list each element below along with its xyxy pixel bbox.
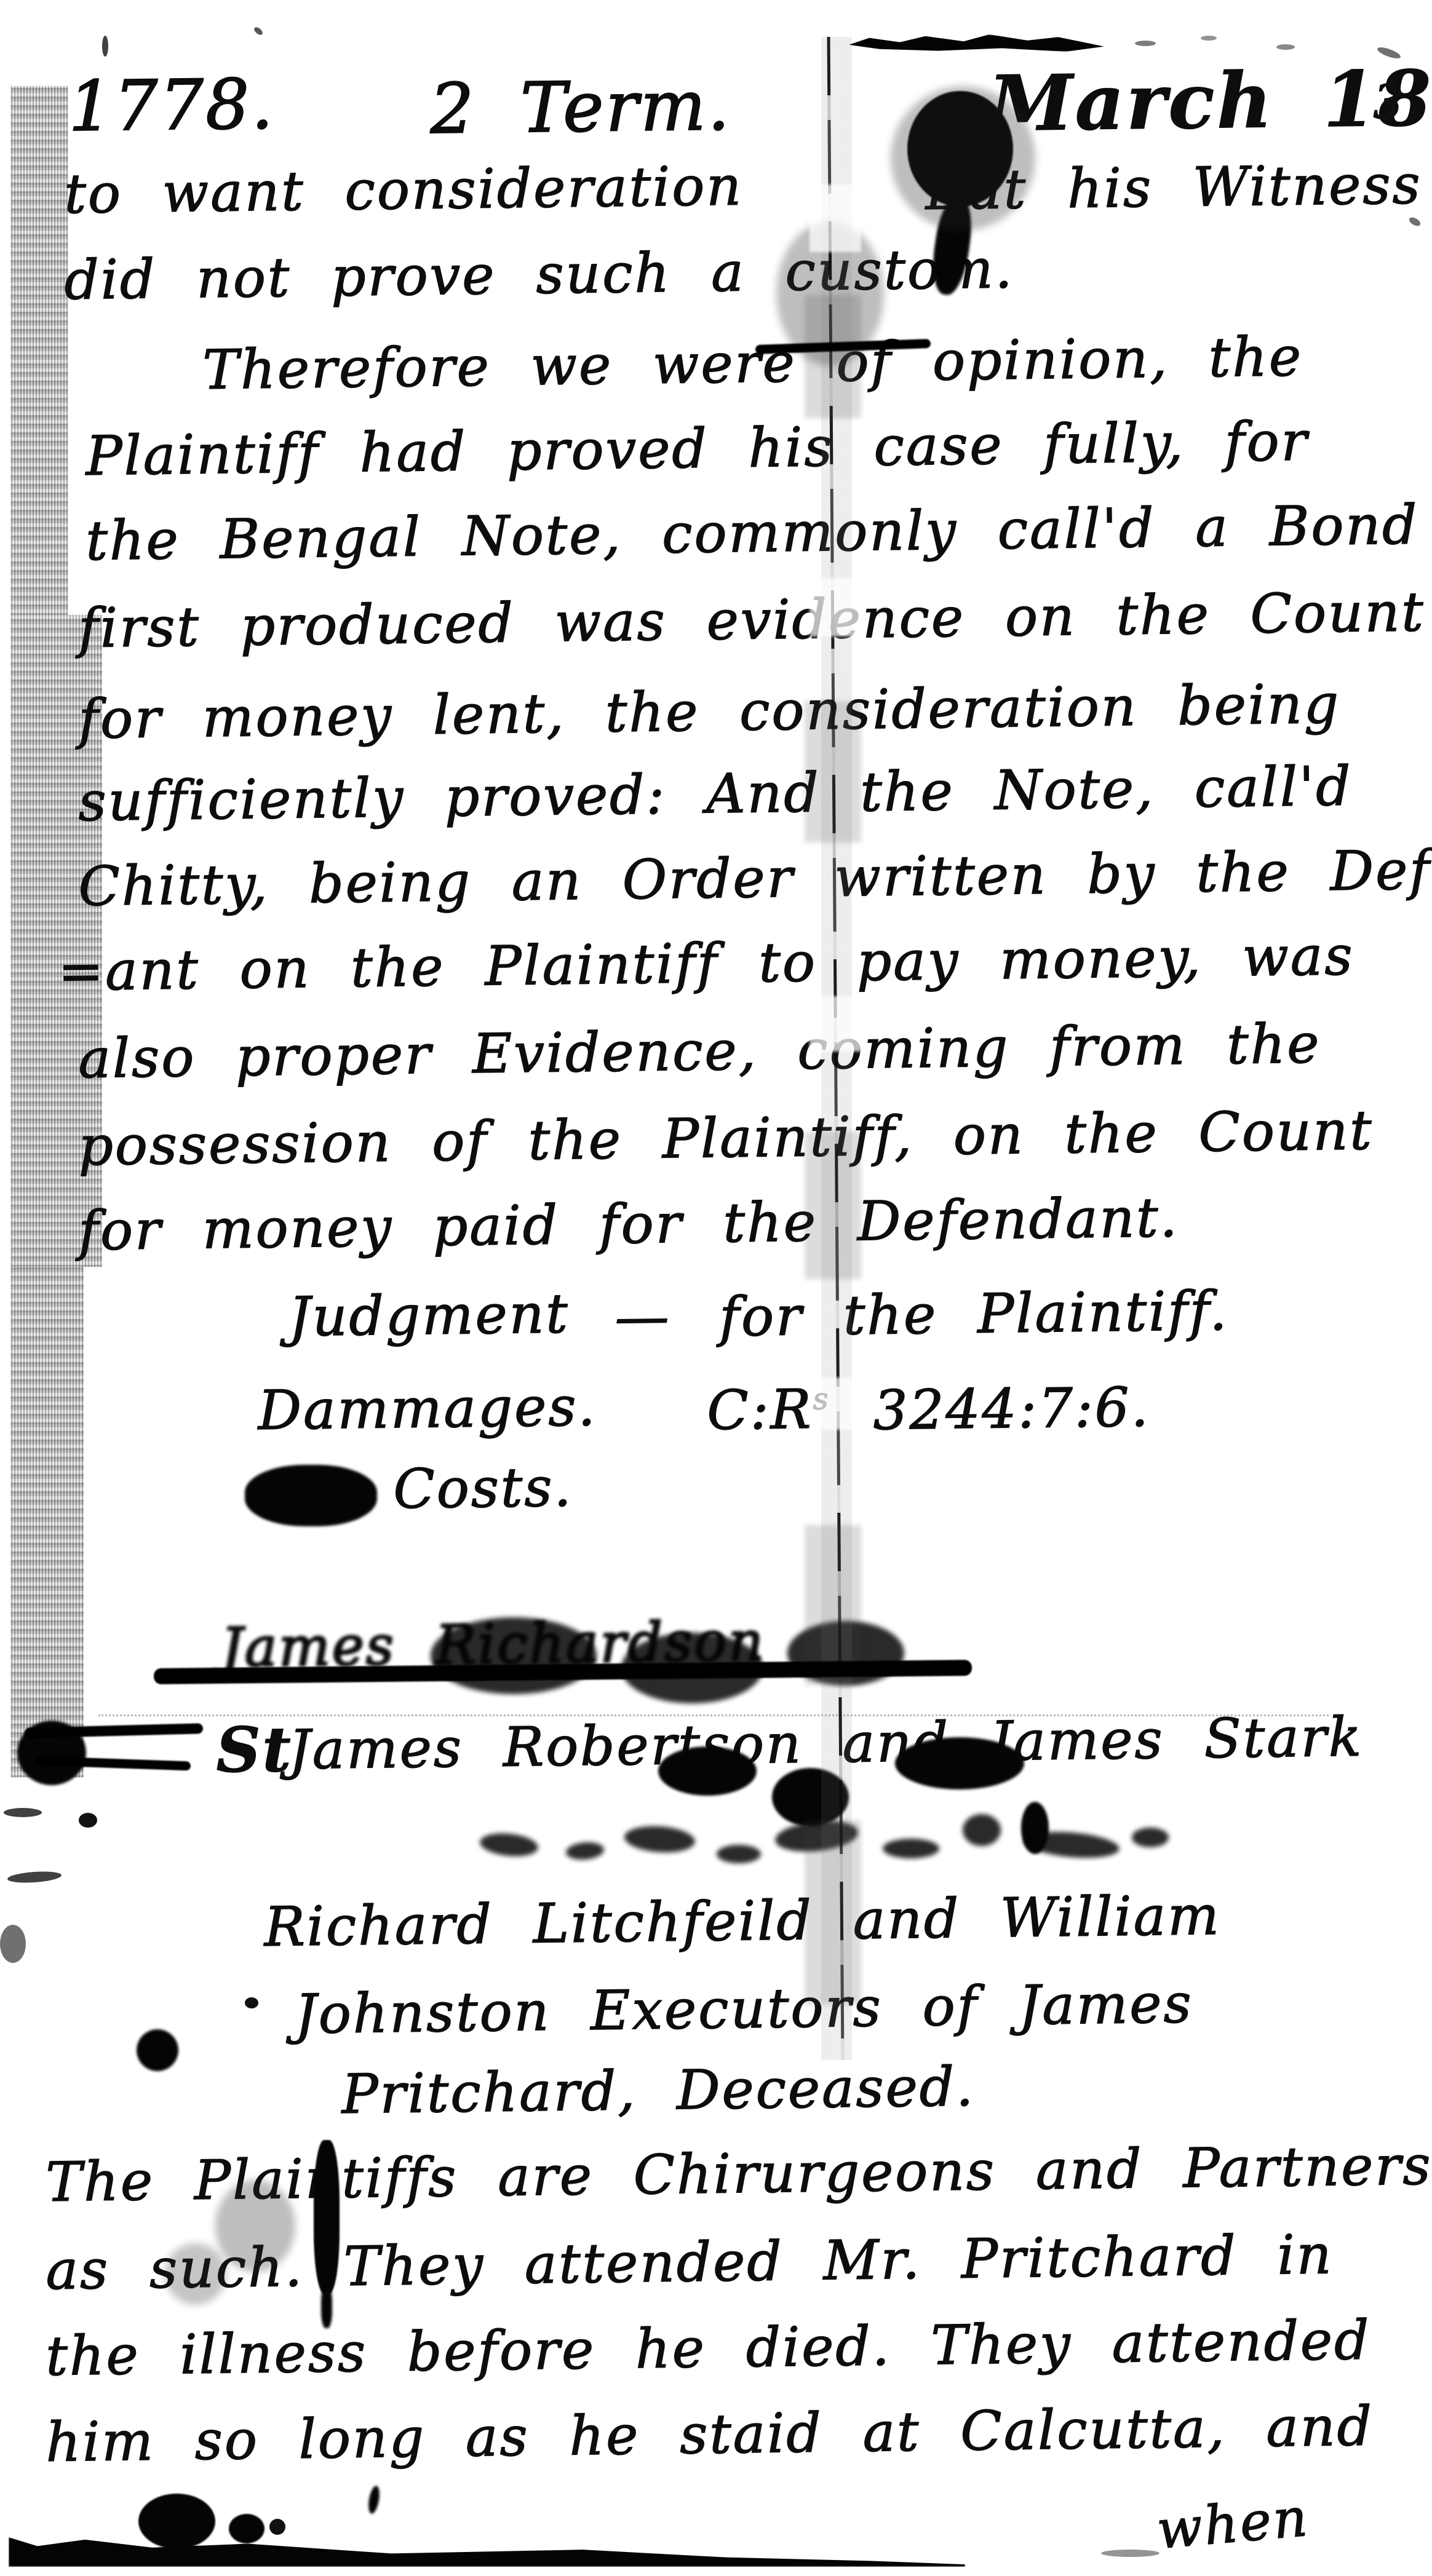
margin-blot <box>137 2029 178 2071</box>
manuscript-line: for money paid for the Defendant. <box>78 1191 1179 1258</box>
ink-speck <box>245 1997 258 2008</box>
manuscript-line: Chitty, being an Order written by the De… <box>78 841 1432 914</box>
costs-blot <box>245 1465 377 1526</box>
manuscript-line: =ant on the Plaintiff to pay money, was <box>58 929 1354 999</box>
speckle-smudge <box>215 2180 295 2272</box>
date-label: March 18th: <box>988 60 1432 143</box>
crease-shade <box>805 1820 861 2005</box>
tape-patch <box>809 1377 861 1430</box>
top-smear <box>849 34 1104 52</box>
manuscript-line: also proper Evidence, coming from the <box>78 1017 1321 1086</box>
manuscript-line: for money lent, the consideration being <box>78 677 1341 747</box>
manuscript-page: 1778. 2 Term. March 18th: 3. to want con… <box>0 0 1432 2576</box>
edge-blot <box>0 1925 26 1963</box>
ink-streak-tail <box>321 2285 332 2328</box>
top-speck <box>1276 44 1295 50</box>
bottom-speck <box>1101 2550 1160 2557</box>
margin-speck <box>1408 216 1422 228</box>
manuscript-line: the Bengal Note, commonly call'd a Bond <box>86 498 1419 568</box>
bottom-speck <box>269 2519 285 2535</box>
descender-mark <box>367 2485 381 2515</box>
manuscript-line: sufficiently proved: And the Note, call'… <box>78 759 1353 829</box>
margin-mark <box>7 1870 62 1884</box>
speckle-smudge <box>165 2243 226 2305</box>
manuscript-line: possession of the Plaintiff, on the Coun… <box>78 1103 1374 1173</box>
defendants-line: Johnston Executors of James <box>295 1976 1193 2042</box>
margin-mark <box>4 1808 42 1817</box>
tape-patch <box>809 996 861 1052</box>
term-label: 2 Term. <box>430 71 732 144</box>
top-speck <box>1201 36 1217 41</box>
center-crease <box>805 37 869 2060</box>
strike-blot <box>431 1617 597 1694</box>
year-label: 1778. <box>68 70 276 141</box>
judgment-dash: — <box>615 1290 671 1344</box>
binding-strip <box>11 1267 84 1777</box>
ink-blotch <box>658 1746 757 1796</box>
top-speck <box>1135 41 1156 46</box>
narrative-line: the illness before he died. They attende… <box>46 2313 1371 2384</box>
damages-amount: 3244:7:6. <box>873 1381 1150 1438</box>
costs-label: Costs. <box>393 1460 573 1516</box>
bottom-blot <box>229 2514 265 2543</box>
judgment-label: Judgment <box>288 1286 570 1344</box>
ink-blotch <box>895 1737 1024 1789</box>
manuscript-line: first produced was evidence on the Count <box>78 585 1425 656</box>
tape-patch <box>809 578 861 636</box>
crease-shade <box>805 1131 861 1279</box>
crease-shade <box>805 701 861 842</box>
margin-dot <box>79 1813 97 1828</box>
margin-speck <box>102 36 108 57</box>
judgment-value: for the Plaintiff. <box>719 1284 1229 1344</box>
manuscript-line: Plaintiff had proved his case fully, for <box>86 414 1309 483</box>
tape-patch <box>809 184 861 252</box>
insertion-mark: St <box>216 1718 293 1781</box>
manuscript-line: Therefore we were of opinion, the <box>202 330 1303 397</box>
header-blot-halo <box>891 86 1035 231</box>
bottom-blot <box>138 2494 215 2549</box>
ink-streak <box>314 2140 340 2294</box>
defendants-line: Richard Litchfeild and William <box>264 1888 1221 1954</box>
page-number: 3. <box>1372 78 1422 127</box>
margin-speck <box>253 26 264 36</box>
date-main: March 18 <box>988 54 1432 149</box>
manuscript-line: to want consideration <box>64 159 743 221</box>
narrative-line: him so long as he staid at Calcutta, and <box>46 2400 1374 2470</box>
crease-shade <box>805 295 861 418</box>
damages-label: Dammages. <box>258 1379 597 1438</box>
currency-main: C:R <box>707 1377 813 1442</box>
catchword: when <box>1155 2491 1311 2557</box>
binding-strip <box>11 86 68 615</box>
defendants-line: Pritchard, Deceased. <box>341 2059 976 2122</box>
